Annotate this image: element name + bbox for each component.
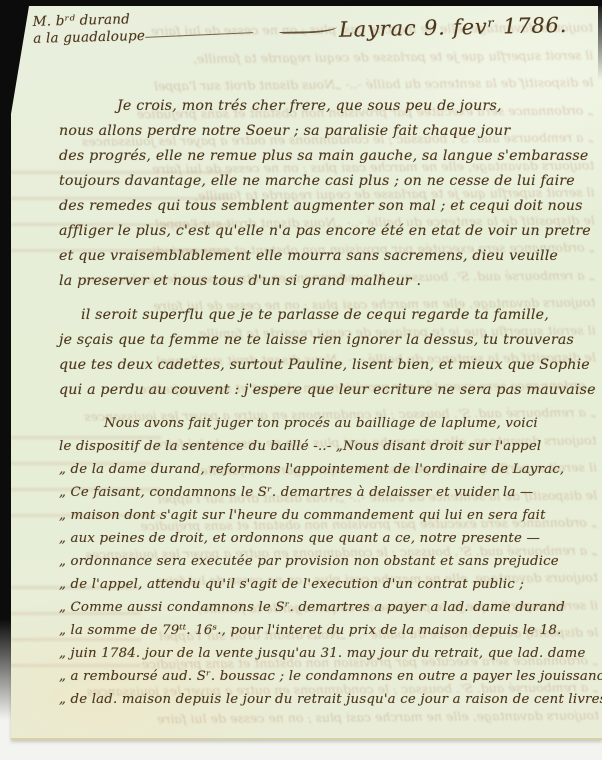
letter-line: que tes deux cadettes, surtout Pauline, … (59, 353, 599, 378)
dateline: Layrac 9. fevʳ 1786. (279, 13, 568, 43)
paragraph: il seroit superflu que je te parlasse de… (59, 303, 599, 403)
letter-line: „ a remboursé aud. Sʳ. boussac ; le cond… (59, 665, 599, 688)
letter-line: affliger le plus, c'est qu'elle n'a pas … (59, 219, 599, 244)
pen-swash (279, 23, 337, 34)
letter-line: „ de lad. maison depuis le jour du retra… (59, 688, 599, 711)
letter-line: toujours davantage, elle ne marche casi … (59, 169, 599, 194)
letter-content: M. bʳᵈ durand a la guadaloupe Layrac 9. … (11, 6, 602, 738)
letter-line: „ ordonnance sera executée par provision… (59, 550, 599, 573)
letter-line: „ aux peines de droit, et ordonnons que … (59, 527, 599, 550)
letter-line: „ Comme aussi condamnons le Sʳ. demartre… (59, 596, 599, 619)
letter-line: „ la somme de 79ᵗᵗ. 16ˢ., pour l'interet… (59, 619, 599, 642)
letter-line: il seroit superflu que je te parlasse de… (59, 303, 599, 328)
letter-line: „ Ce faisant, condamnons le Sʳ. demartre… (59, 481, 599, 504)
scanned-letter: toujours davantage, elle ne marche casi … (0, 0, 602, 760)
letter-line: „ de la dame durand, reformons l'appoint… (59, 458, 599, 481)
letter-line: des remedes qui tous semblent augmenter … (59, 194, 599, 219)
scan-edge-right (598, 0, 602, 80)
scan-edge-left (0, 0, 11, 720)
flourish-line (145, 31, 253, 38)
letter-line: Nous avons fait juger ton procés au bail… (59, 412, 599, 435)
letter-line: „ maison dont s'agit sur l'heure du comm… (59, 504, 599, 527)
recipient-address: M. bʳᵈ durand a la guadaloupe (33, 8, 254, 48)
scan-edge-top (0, 0, 602, 6)
letter-body: Je crois, mon trés cher frere, que sous … (59, 94, 599, 720)
letter-line: Je crois, mon trés cher frere, que sous … (59, 94, 599, 119)
letter-line: le dispositif de la sentence du baillé -… (59, 435, 599, 458)
letter-line: nous allons perdre notre Soeur ; sa para… (59, 119, 599, 144)
letter-line: qui a perdu au couvent : j'espere que le… (59, 378, 599, 403)
paragraph: Je crois, mon trés cher frere, que sous … (59, 94, 599, 294)
letter-line: je sçais que ta femme ne te laisse rien … (59, 328, 599, 353)
letter-line: la preserver et nous tous d'un si grand … (59, 269, 599, 294)
paragraph: Nous avons fait juger ton procés au bail… (59, 412, 599, 711)
dateline-text: Layrac 9. fevʳ 1786. (339, 13, 568, 42)
letter-line: des progrés, elle ne remue plus sa main … (59, 144, 599, 169)
letter-page: toujours davantage, elle ne marche casi … (11, 6, 602, 740)
letter-line: et que vraisemblablement elle mourra san… (59, 244, 599, 269)
letter-line: „ de l'appel, attendu qu'il s'agit de l'… (59, 573, 599, 596)
letter-line: „ juin 1784. jour de la vente jusqu'au 3… (59, 642, 599, 665)
